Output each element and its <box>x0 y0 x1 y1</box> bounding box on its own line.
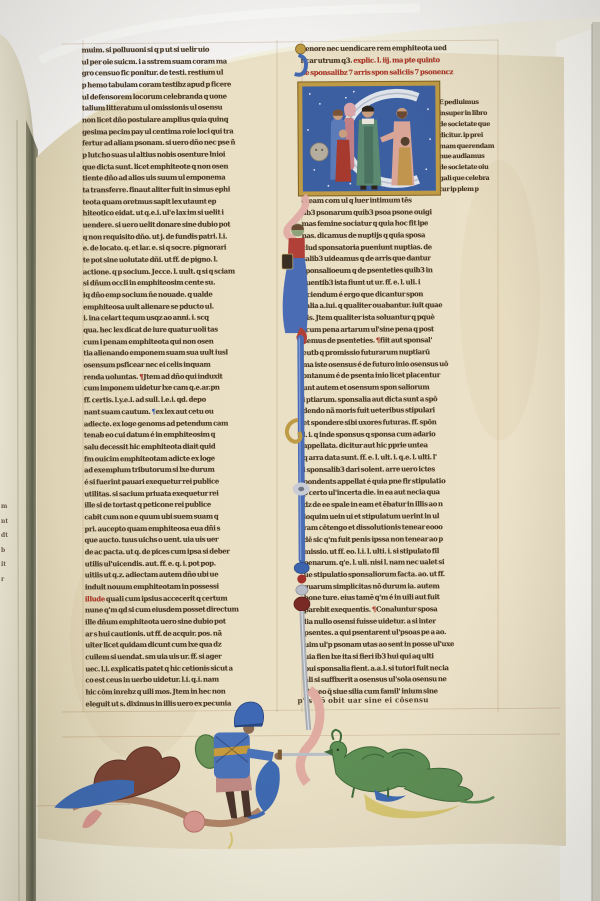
blue-curl-finial <box>295 55 306 75</box>
yellow-tendril <box>228 832 232 848</box>
blue-acanthus <box>255 760 280 812</box>
bas-de-page-scene <box>53 689 494 850</box>
gold-ball-finial <box>296 44 306 54</box>
knight-helmet <box>234 702 263 726</box>
illumination-artwork <box>0 0 600 901</box>
miniature-betrothal-scene <box>298 81 441 196</box>
sword-blade <box>281 753 333 756</box>
blue-staff <box>297 335 305 563</box>
dragon-horn-curl <box>332 730 341 742</box>
pink-leaf-small <box>82 809 102 828</box>
pink-stem <box>300 690 321 783</box>
book-photo: mntdtbitr muim. si polluuoni si q p ut s… <box>0 0 600 901</box>
sword-hilt <box>278 750 282 760</box>
dragon-figure <box>324 729 495 819</box>
blue-leaf-left <box>54 780 134 809</box>
bar-figure <box>282 223 309 344</box>
manuscript-page: muim. si polluuoni si q p ut si uelir ui… <box>0 0 600 901</box>
bead-stack <box>294 562 310 611</box>
miniature-figures <box>330 102 415 190</box>
grotesque-head <box>310 143 328 161</box>
pink-berry <box>184 811 205 832</box>
